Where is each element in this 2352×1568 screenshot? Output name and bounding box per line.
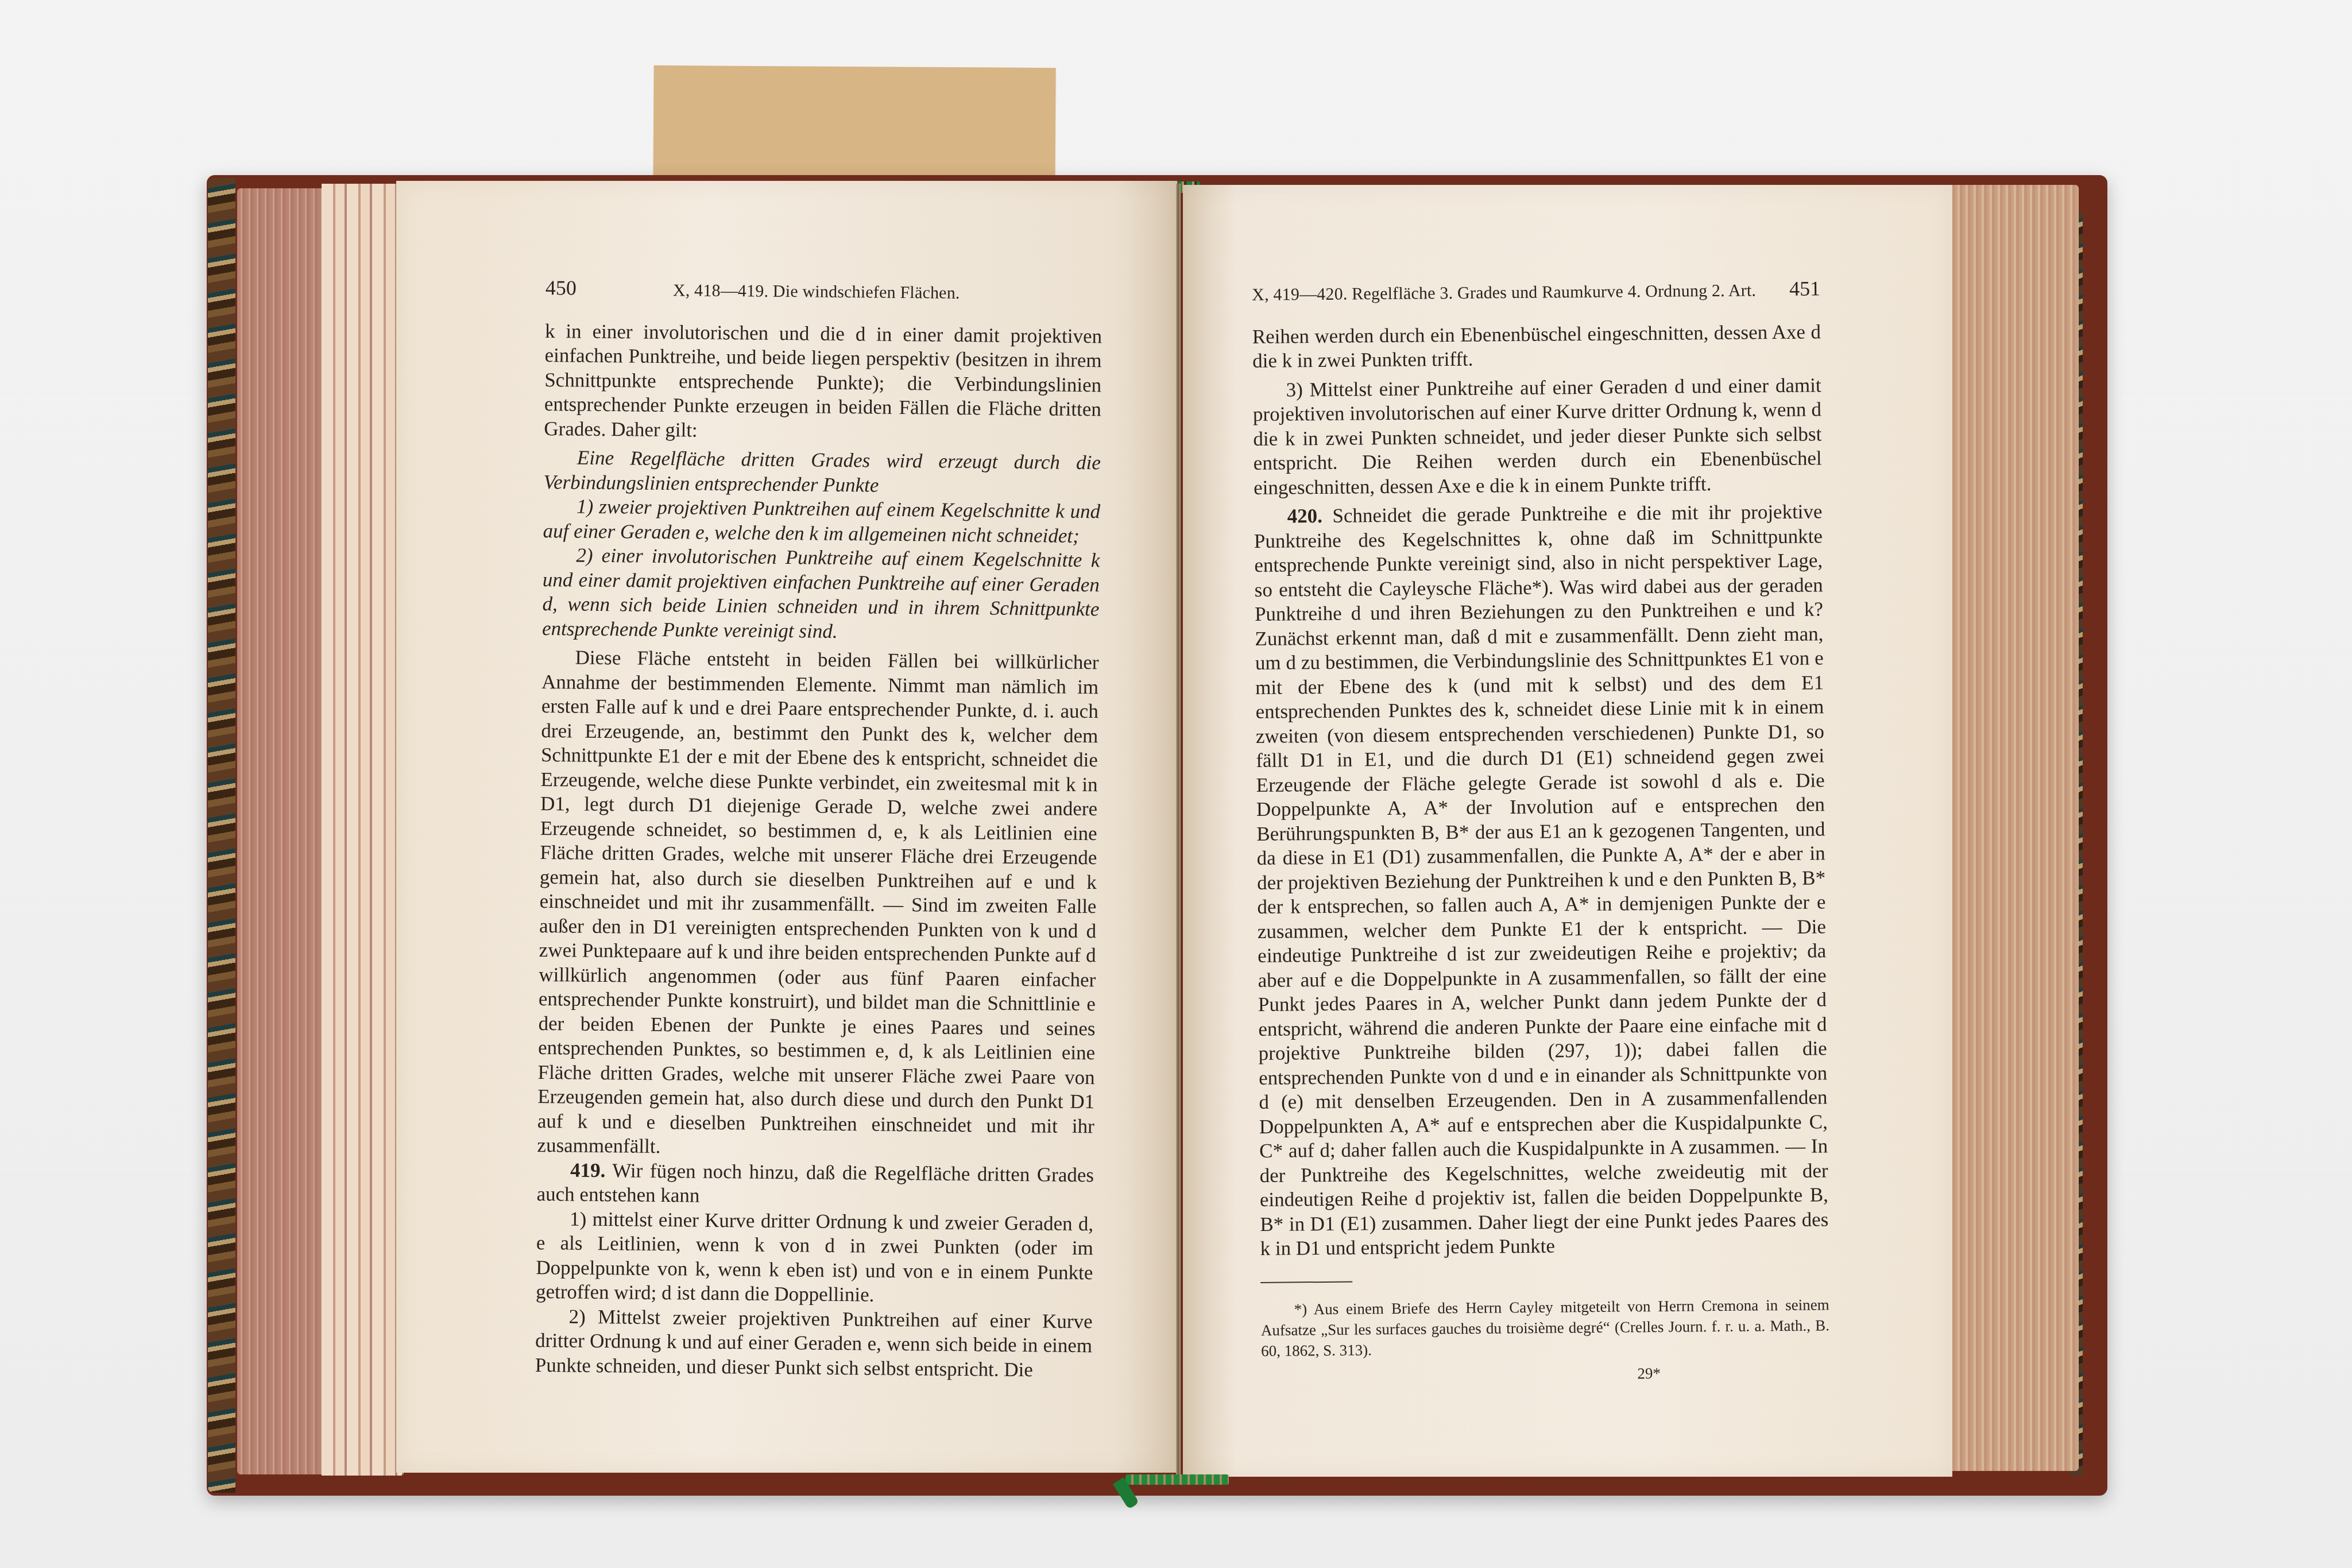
running-head-title-left: X, 418—419. Die windschiefen Flächen. [577,278,1102,307]
section-paragraph: 420. Schneidet die gerade Punktreihe e d… [1254,500,1828,1261]
right-page-text: X, 419—420. Regelfläche 3. Grades und Ra… [1252,276,1830,1389]
marbled-board-edge-left [208,178,235,1493]
list-item: 3) Mittelst einer Punktreihe auf einer G… [1252,373,1822,500]
paragraph: Diese Fläche entsteht in beiden Fällen b… [537,645,1099,1163]
paragraph: k in einer involutorischen und die d in … [544,319,1102,446]
page-stack-right [1947,185,2079,1471]
theorem-item: 1) zweier projektiven Punktreihen auf ei… [543,494,1101,548]
section-text: Schneidet die gerade Punktreihe e die mi… [1254,500,1829,1260]
section-number: 419. [570,1159,606,1182]
paragraph: Reihen werden durch ein Ebenenbüschel ei… [1252,320,1821,374]
theorem: Eine Regelfläche dritten Grades wird erz… [543,446,1101,500]
left-running-head: 450 X, 418—419. Die windschiefen Flächen… [546,276,1102,307]
page-stack-left-inner [322,184,402,1476]
footnote-rule [1260,1281,1352,1283]
page-number-left: 450 [546,276,577,300]
section-text: Wir fügen noch hinzu, daß die Regelfläch… [536,1159,1094,1207]
list-item: 1) mittelst einer Kurve dritter Ordnung … [536,1206,1094,1309]
running-head-title-right: X, 419—420. Regelfläche 3. Grades und Ra… [1252,278,1789,308]
page-number-right: 451 [1789,276,1820,301]
list-item: 2) Mittelst zweier projektiven Punktreih… [535,1304,1093,1383]
signature-mark: 29* [1261,1360,1829,1389]
theorem-item: 2) einer involutorischen Punktreihe auf … [542,543,1100,646]
left-page-text: 450 X, 418—419. Die windschiefen Flächen… [535,276,1102,1383]
book-gutter [1176,184,1181,1474]
section-number: 420. [1287,505,1322,528]
section-paragraph: 419. Wir fügen noch hinzu, daß die Regel… [536,1157,1094,1211]
right-running-head: X, 419—420. Regelfläche 3. Grades und Ra… [1252,276,1820,307]
footnote: *) Aus einem Briefe des Herrn Cayley mit… [1260,1294,1829,1361]
tailband [1125,1474,1229,1485]
